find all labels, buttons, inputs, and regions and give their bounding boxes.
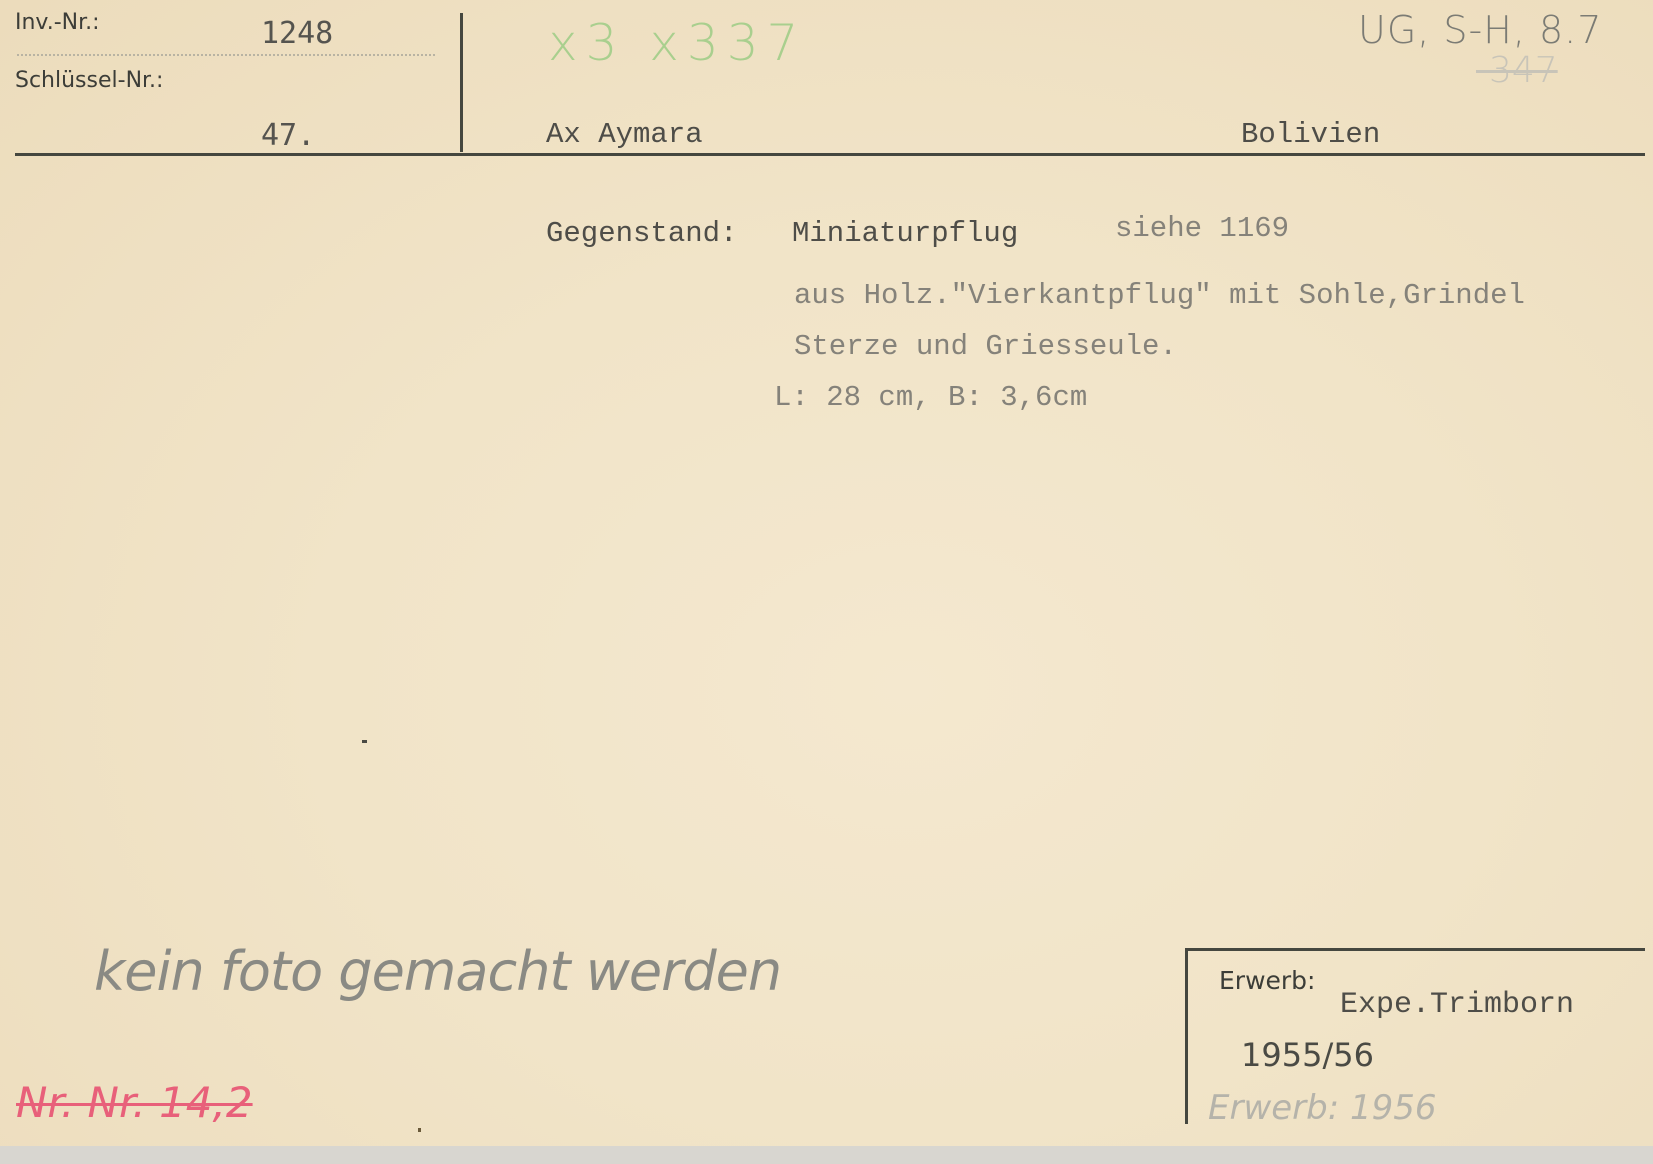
inv-nr-value: 1248 xyxy=(261,16,333,51)
tribe-name: Ax Aymara xyxy=(546,118,703,151)
location-code: UG, S-H, 8.7 xyxy=(1358,8,1602,52)
red-struck-note: Nr. Nr. 14,2 xyxy=(16,1078,253,1127)
ink-dot xyxy=(362,740,367,743)
scan-background xyxy=(0,1146,1653,1164)
description-line-1: aus Holz."Vierkantpflug" mit Sohle,Grind… xyxy=(794,279,1525,312)
object-name: Miniaturpflug xyxy=(792,217,1018,250)
header-vertical-divider xyxy=(460,13,463,152)
description-line-2: Sterze und Griesseule. xyxy=(794,330,1177,363)
handwritten-note: kein foto gemacht werden xyxy=(94,940,781,1003)
green-annotation: x3 x337 xyxy=(548,14,806,72)
acquisition-years: 1955/56 xyxy=(1241,1036,1374,1074)
acquisition-box-top xyxy=(1185,948,1645,951)
acquisition-box-left xyxy=(1185,948,1188,1124)
ink-dot xyxy=(418,1128,421,1132)
header-horizontal-rule xyxy=(15,153,1645,156)
key-nr-value: 47. xyxy=(261,118,315,153)
country-name: Bolivien xyxy=(1241,118,1380,151)
key-nr-label: Schlüssel-Nr.: xyxy=(15,68,163,93)
acquisition-handwritten: Erwerb: 1956 xyxy=(1208,1088,1437,1128)
see-also-reference: siehe 1169 xyxy=(1115,212,1289,245)
inv-nr-label: Inv.-Nr.: xyxy=(15,10,100,35)
dimensions: L: 28 cm, B: 3,6cm xyxy=(774,381,1087,414)
location-code-old: -347 xyxy=(1476,50,1558,91)
object-label: Gegenstand: xyxy=(546,217,737,250)
catalog-card: Inv.-Nr.: 1248 Schlüssel-Nr.: 47. x3 x33… xyxy=(0,0,1653,1146)
acquisition-source: Expe.Trimborn xyxy=(1340,988,1574,1022)
dotted-divider xyxy=(17,54,435,56)
acquisition-label: Erwerb: xyxy=(1219,966,1315,995)
